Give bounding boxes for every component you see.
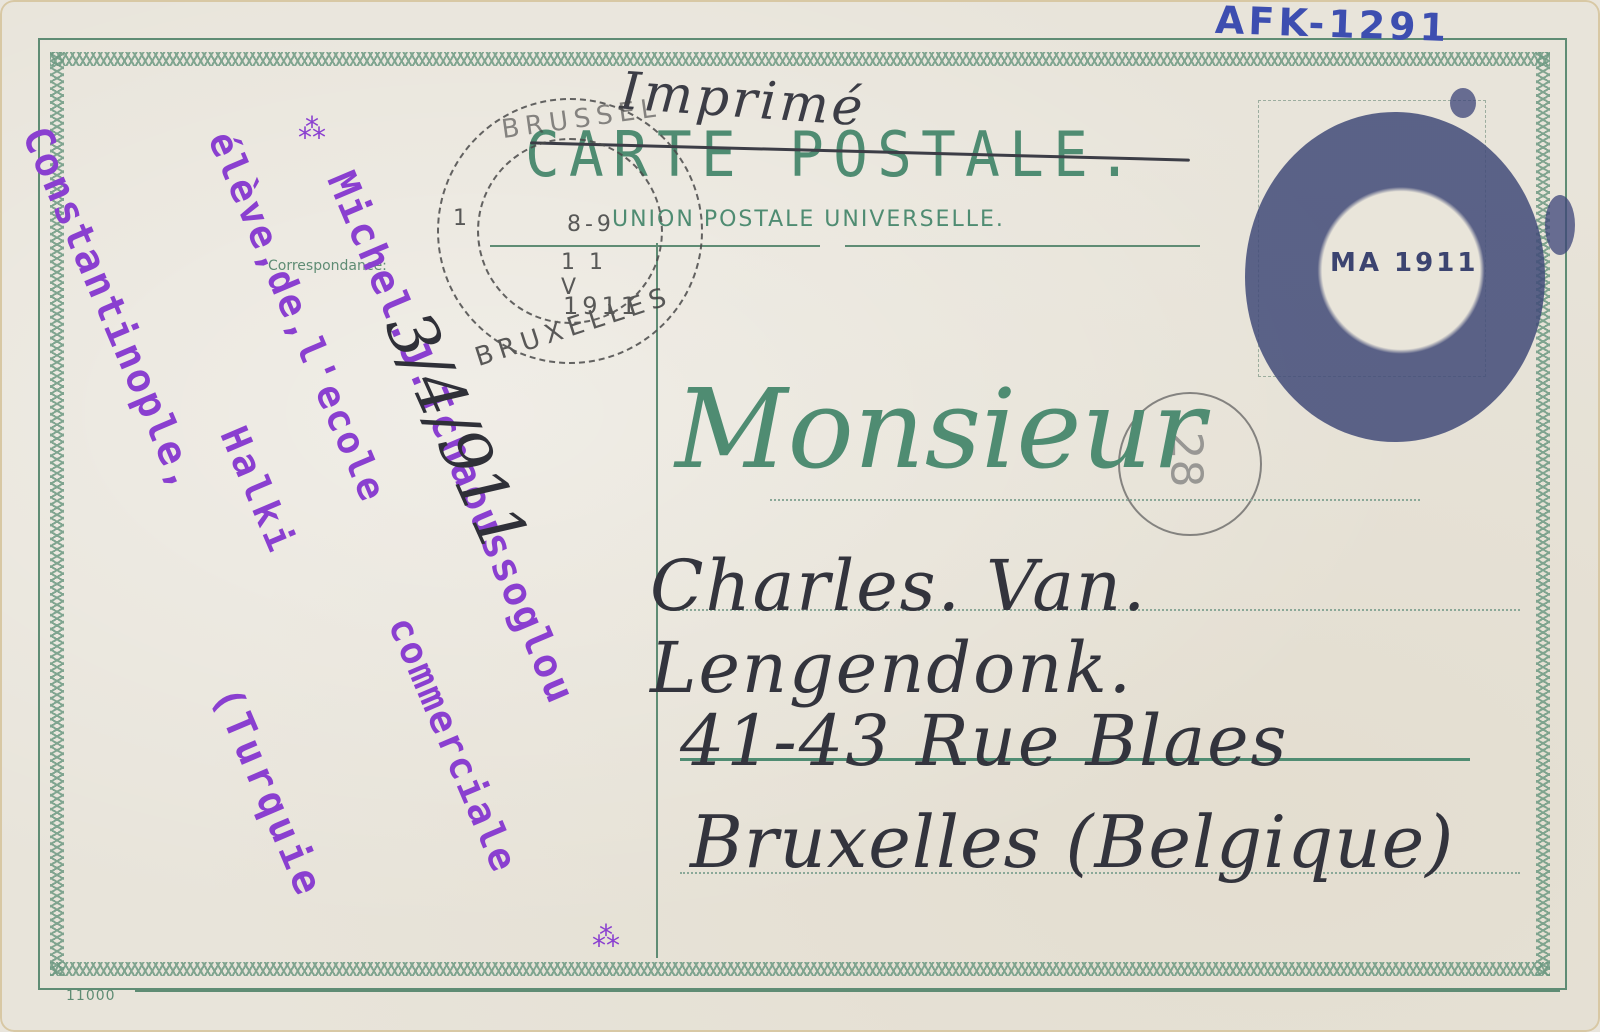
postmark-side-number: 1 [453,206,467,231]
ink-smudge [1450,88,1476,118]
bottom-rule [135,990,1560,992]
archive-reference: AFK-1291 [1214,0,1450,50]
recipient-name: Charles. Van. Lengendonk. [650,545,1600,709]
ink-smudge [1545,195,1575,255]
recipient-street: 41-43 Rue Blaes [680,700,1288,782]
postmark-time: 8-9 [567,212,615,237]
recipient-salutation: Monsieur [675,365,1205,493]
print-number: 11000 [66,988,116,1004]
shell-ornament-icon: ⁂ [592,920,620,953]
shell-ornament-icon: ⁂ [298,112,326,145]
zigzag-border-right [1536,52,1550,976]
postcard: 11000 AFK-1291 CARTE POSTALE. Imprimé UN… [0,0,1600,1032]
recipient-city: Bruxelles (Belgique) [690,800,1454,884]
zigzag-border-top [50,52,1550,66]
brussels-postmark: 8-9 11 V 1911 1 BRUSSEL BRUXELLES [437,98,703,364]
address-line-guide [770,497,1420,501]
zigzag-border-bottom [50,962,1550,976]
subtitle-rule-right [845,245,1200,247]
constantinople-postmark-date: MA 1911 [1330,248,1478,278]
